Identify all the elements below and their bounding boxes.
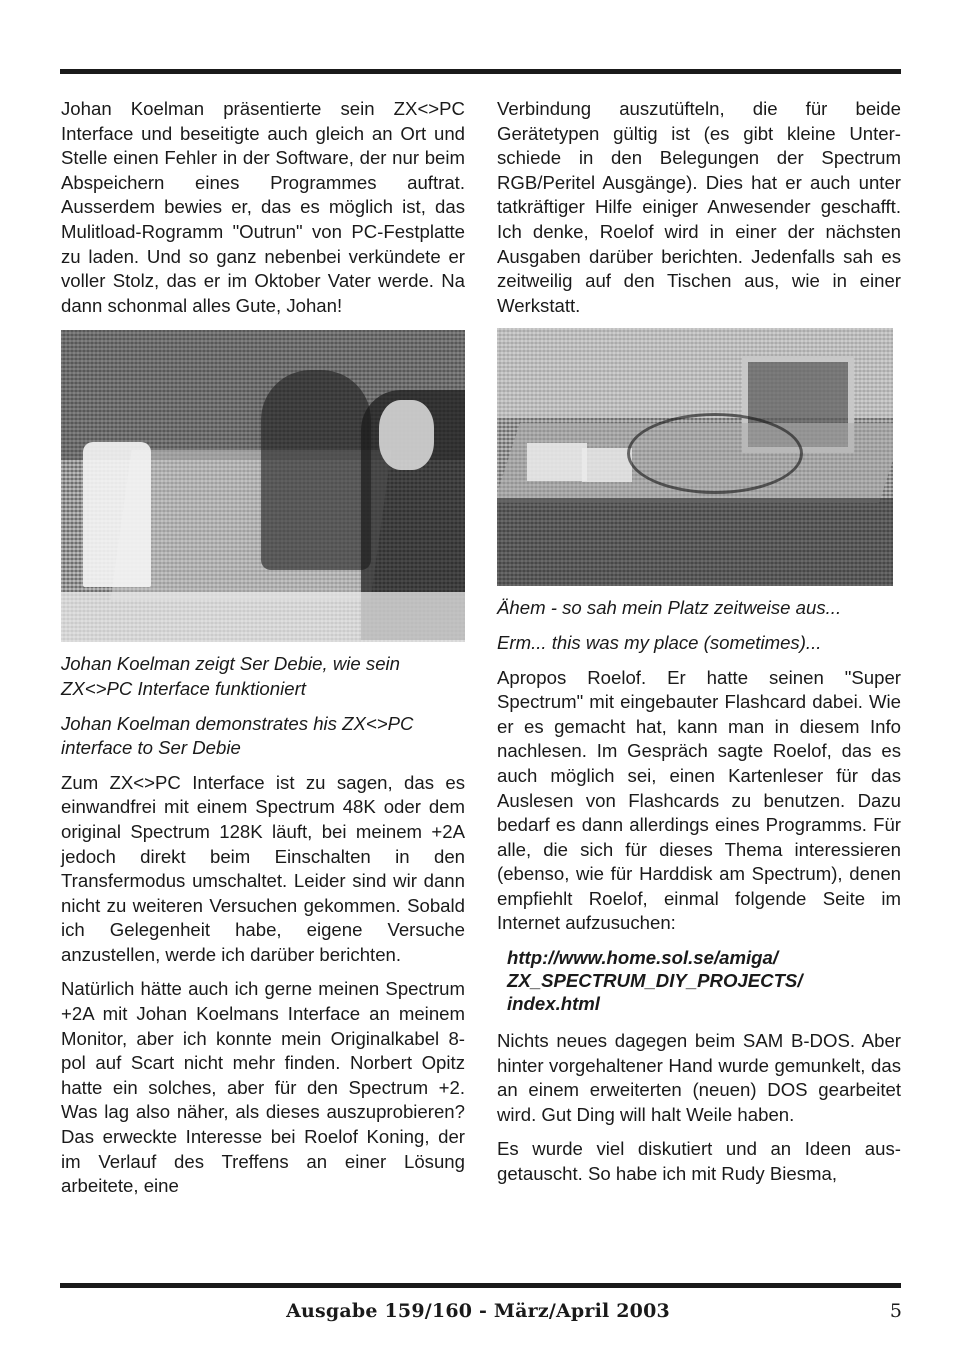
photo-device-2 <box>582 448 632 482</box>
photo-under-desk <box>497 498 893 586</box>
page-footer: Ausgabe 159/160 - März/April 2003 5 <box>0 1300 970 1330</box>
url-line: http://www.home.sol.se/amiga/ <box>507 947 778 968</box>
paragraph: Apropos Roelof. Er hatte seinen "Super S… <box>497 666 901 937</box>
photo-bottle <box>83 442 151 587</box>
photo-floor <box>61 592 465 642</box>
issue-label: Ausgabe 159/160 - März/April 2003 <box>0 1300 956 1322</box>
photo-person-left <box>261 370 371 570</box>
photo-cables <box>627 413 803 494</box>
url-line: index.html <box>507 993 600 1014</box>
photo-workbench <box>497 328 893 586</box>
paragraph: Verbindung auszutüfteln, die für beide G… <box>497 97 901 318</box>
url-link[interactable]: http://www.home.sol.se/amiga/ ZX_SPECTRU… <box>507 946 901 1015</box>
url-line: ZX_SPECTRUM_DIY_PROJECTS/ <box>507 970 803 991</box>
paragraph: Johan Koelman präsentierte sein ZX<>PC I… <box>61 97 465 318</box>
paragraph: Zum ZX<>PC Interface ist zu sagen, das e… <box>61 771 465 968</box>
top-rule <box>60 69 901 74</box>
photo-device-1 <box>527 443 587 481</box>
photo-face <box>379 400 434 470</box>
photo-caption-de: Johan Koelman zeigt Ser Debie, wie sein … <box>61 652 465 701</box>
photo-caption-de: Ähem - so sah mein Platz zeitweise aus..… <box>497 596 901 621</box>
photo-caption-en: Johan Koelman demonstrates his ZX<>PC in… <box>61 712 465 761</box>
right-column: Verbindung auszutüfteln, die für beide G… <box>497 97 901 1197</box>
photo-caption-en: Erm... this was my place (sometimes)... <box>497 631 901 656</box>
paragraph: Es wurde viel diskutiert und an Ideen au… <box>497 1137 901 1186</box>
left-column: Johan Koelman präsentierte sein ZX<>PC I… <box>61 97 465 1209</box>
paragraph: Natürlich hätte auch ich gerne meinen Sp… <box>61 977 465 1198</box>
photo-koelman-debie <box>61 330 465 642</box>
bottom-rule <box>60 1283 901 1288</box>
page-number: 5 <box>890 1300 902 1322</box>
paragraph: Nichts neues dagegen beim SAM B-DOS. Abe… <box>497 1029 901 1127</box>
